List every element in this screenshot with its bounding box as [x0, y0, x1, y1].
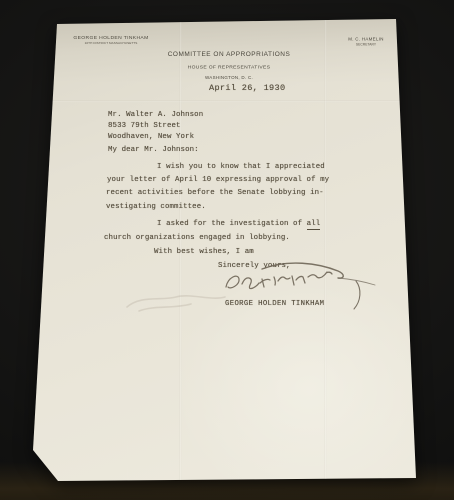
member-district: 10TH DISTRICT MASSACHUSETTS — [61, 41, 160, 46]
recipient-city: Woodhaven, New York — [108, 133, 194, 141]
body-p2-underlined-word: all — [307, 220, 321, 230]
letterhead-committee: COMMITTEE ON APPROPRIATIONS — [121, 50, 337, 57]
fold-crease-vertical-right — [324, 19, 327, 481]
closing-wishes: With best wishes, I am — [154, 248, 254, 256]
letter-paper: GEORGE HOLDEN TINKHAM 10TH DISTRICT MASS… — [33, 19, 416, 481]
body-p1-line2: your letter of April 10 expressing appro… — [107, 176, 329, 184]
body-p2-text: I asked for the investigation of — [157, 220, 307, 228]
fold-crease-horizontal — [33, 100, 416, 103]
clerk-title: SECRETARY — [322, 43, 410, 48]
letter-date: April 26, 1930 — [209, 83, 285, 93]
letter-paper-wrap: GEORGE HOLDEN TINKHAM 10TH DISTRICT MASS… — [33, 19, 416, 481]
letterhead-city: WASHINGTON, D. C. — [145, 75, 313, 80]
typed-signature-name: GEORGE HOLDEN TINKHAM — [225, 300, 324, 308]
letterhead-member-block: GEORGE HOLDEN TINKHAM 10TH DISTRICT MASS… — [61, 34, 160, 46]
letterhead-clerk-block: M. C. HAMELIN SECRETARY — [322, 36, 410, 48]
body-p1-line3: recent activities before the Senate lobb… — [106, 189, 324, 197]
photo-stage: GEORGE HOLDEN TINKHAM 10TH DISTRICT MASS… — [0, 0, 454, 500]
body-p1-line1: I wish you to know that I appreciated — [157, 163, 325, 171]
body-p1-line4: vestigating committee. — [106, 203, 206, 211]
body-p2-line1: I asked for the investigation of all — [157, 220, 320, 228]
ink-ghost-smudge — [121, 287, 231, 317]
letterhead-chamber: HOUSE OF REPRESENTATIVES — [136, 64, 322, 70]
recipient-name: Mr. Walter A. Johnson — [108, 111, 203, 119]
salutation: My dear Mr. Johnson: — [108, 146, 199, 154]
member-name: GEORGE HOLDEN TINKHAM — [61, 34, 160, 41]
body-p2-line2: church organizations engaged in lobbying… — [104, 234, 290, 242]
recipient-street: 8533 79th Street — [108, 122, 181, 130]
